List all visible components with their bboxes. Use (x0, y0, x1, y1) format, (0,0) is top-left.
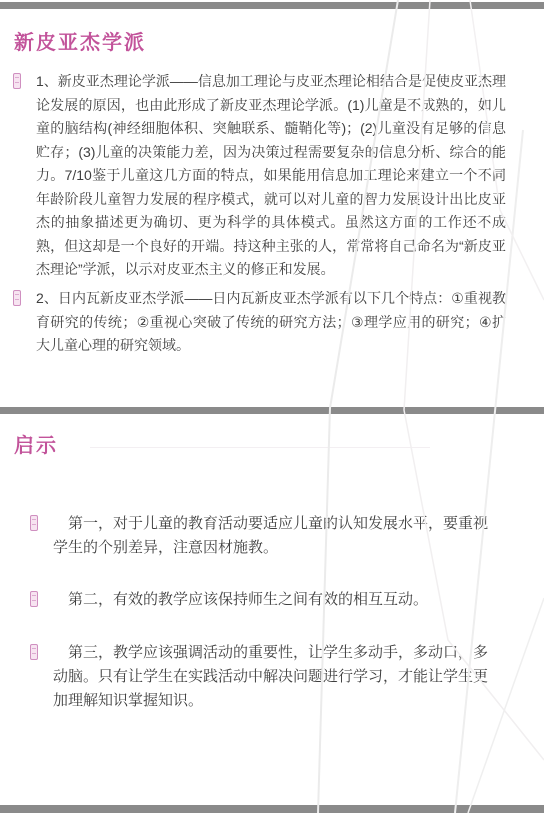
list-item: 第一，对于儿童的教育活动要适应儿童的认知发展水平，要重视学生的个别差异，注意因材… (30, 512, 510, 560)
list-item: 第三，教学应该强调活动的重要性，让学生多动手，多动口，多动脑。只有让学生在实践活… (30, 641, 510, 713)
scroll-bullet-icon (30, 644, 38, 660)
top-divider-bar (0, 2, 544, 9)
scroll-bullet-icon (30, 515, 38, 531)
section2-title-underline (90, 447, 430, 448)
scroll-bullet-icon (13, 290, 21, 306)
middle-divider-bar (0, 407, 544, 414)
scroll-bullet-icon (30, 591, 38, 607)
list-item: 1、新皮亚杰理论学派——信息加工理论与皮亚杰理论相结合是促使皮亚杰理论发展的原因… (13, 70, 518, 282)
list-item-text: 第一，对于儿童的教育活动要适应儿童的认知发展水平，要重视学生的个别差异，注意因材… (53, 512, 498, 560)
list-item-text: 1、新皮亚杰理论学派——信息加工理论与皮亚杰理论相结合是促使皮亚杰理论发展的原因… (36, 70, 506, 282)
scroll-bullet-icon (13, 73, 21, 89)
list-item-text: 2、日内瓦新皮亚杰学派——日内瓦新皮亚杰学派有以下几个特点：①重视教育研究的传统… (36, 287, 506, 358)
list-item-text: 第二，有效的教学应该保持师生之间有效的相互互动。 (53, 588, 498, 612)
bottom-divider-bar (0, 805, 544, 813)
list-item: 2、日内瓦新皮亚杰学派——日内瓦新皮亚杰学派有以下几个特点：①重视教育研究的传统… (13, 287, 518, 358)
section1-title: 新皮亚杰学派 (14, 26, 146, 55)
list-item: 第二，有效的教学应该保持师生之间有效的相互互动。 (30, 588, 510, 612)
list-item-text: 第三，教学应该强调活动的重要性，让学生多动手，多动口，多动脑。只有让学生在实践活… (53, 641, 498, 713)
section2-title: 启示 (14, 429, 58, 458)
